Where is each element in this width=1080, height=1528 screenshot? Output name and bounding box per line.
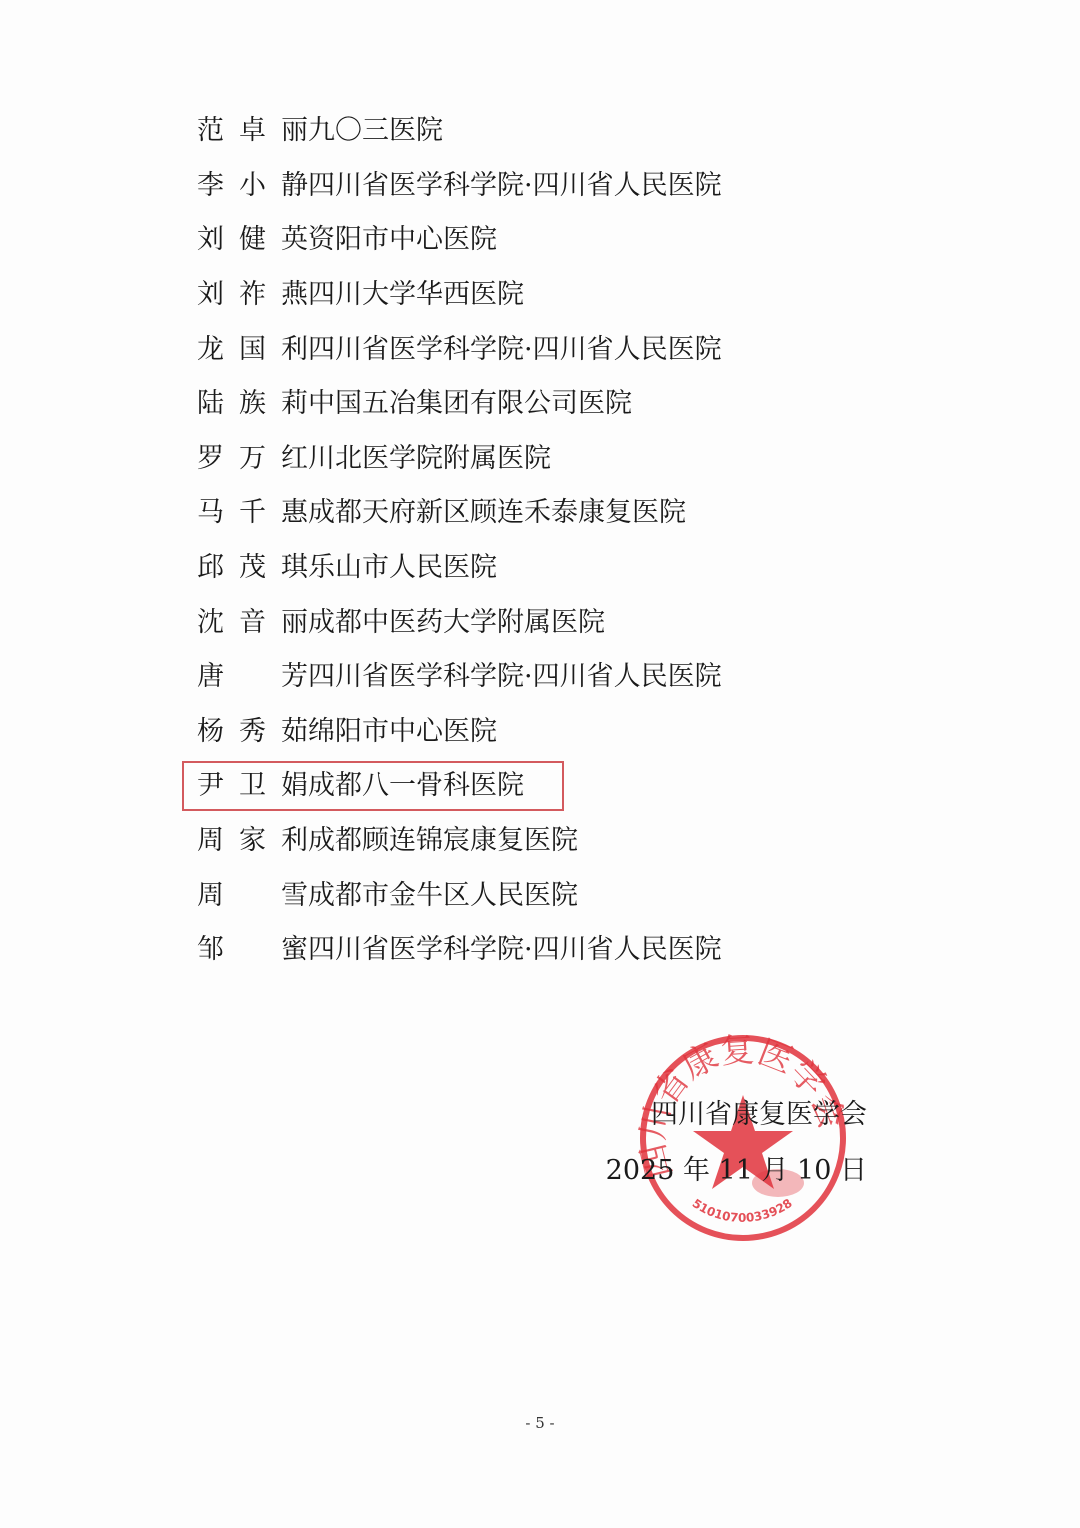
issue-date: 2025 年 11 月 10 日 (560, 1148, 900, 1187)
document-page: 范卓丽 九〇三医院 李小静 四川省医学科学院·四川省人民医院 刘健英 资阳市中心… (0, 0, 1080, 1528)
member-organization: 九〇三医院 (308, 104, 443, 158)
list-item: 李小静 四川省医学科学院·四川省人民医院 (197, 159, 897, 214)
list-item: 周雪 成都市金牛区人民医院 (197, 868, 897, 923)
list-item: 陆族莉 中国五冶集团有限公司医院 (197, 377, 897, 432)
member-organization: 资阳市中心医院 (308, 213, 497, 267)
issuing-organization: 四川省康复医学会 (560, 1092, 900, 1131)
list-item: 邱茂琪 乐山市人民医院 (197, 541, 897, 596)
member-name: 刘祚燕 (197, 268, 308, 322)
list-item: 唐芳 四川省医学科学院·四川省人民医院 (197, 650, 897, 705)
member-name: 陆族莉 (197, 377, 308, 431)
member-name: 李小静 (197, 159, 308, 213)
signature-block: 四川省康复医学会 2025 年 11 月 10 日 (560, 1030, 900, 1250)
list-item: 刘祚燕 四川大学华西医院 (197, 268, 897, 323)
member-organization: 四川省医学科学院·四川省人民医院 (308, 159, 722, 213)
member-name: 唐芳 (197, 650, 308, 704)
member-name: 马千惠 (197, 486, 308, 540)
member-organization: 四川大学华西医院 (308, 268, 524, 322)
member-name: 范卓丽 (197, 104, 308, 158)
member-organization: 中国五冶集团有限公司医院 (308, 377, 632, 431)
member-organization: 成都市金牛区人民医院 (308, 869, 578, 923)
list-item: 刘健英 资阳市中心医院 (197, 213, 897, 268)
member-organization: 乐山市人民医院 (308, 541, 497, 595)
list-item: 马千惠 成都天府新区顾连禾泰康复医院 (197, 486, 897, 541)
member-name: 周家利 (197, 814, 308, 868)
list-item: 邹蜜 四川省医学科学院·四川省人民医院 (197, 923, 897, 978)
list-item: 沈音丽 成都中医药大学附属医院 (197, 595, 897, 650)
highlight-box (182, 761, 564, 811)
list-item: 罗万红 川北医学院附属医院 (197, 432, 897, 487)
member-organization: 四川省医学科学院·四川省人民医院 (308, 650, 722, 704)
member-organization: 成都顾连锦宸康复医院 (308, 814, 578, 868)
member-organization: 绵阳市中心医院 (308, 705, 497, 759)
list-item: 杨秀茹 绵阳市中心医院 (197, 705, 897, 760)
member-organization: 成都天府新区顾连禾泰康复医院 (308, 486, 686, 540)
member-name: 邹蜜 (197, 923, 308, 977)
page-number: - 5 - (0, 1414, 1080, 1432)
list-item: 周家利 成都顾连锦宸康复医院 (197, 814, 897, 869)
member-name: 沈音丽 (197, 596, 308, 650)
member-organization: 成都中医药大学附属医院 (308, 596, 605, 650)
member-organization: 川北医学院附属医院 (308, 432, 551, 486)
member-name: 龙国利 (197, 323, 308, 377)
member-name: 周雪 (197, 869, 308, 923)
member-name: 罗万红 (197, 432, 308, 486)
member-name: 邱茂琪 (197, 541, 308, 595)
member-organization: 四川省医学科学院·四川省人民医院 (308, 923, 722, 977)
list-item: 范卓丽 九〇三医院 (197, 104, 897, 159)
member-name: 刘健英 (197, 213, 308, 267)
member-name: 杨秀茹 (197, 705, 308, 759)
member-list: 范卓丽 九〇三医院 李小静 四川省医学科学院·四川省人民医院 刘健英 资阳市中心… (197, 104, 897, 978)
member-organization: 四川省医学科学院·四川省人民医院 (308, 323, 722, 377)
list-item: 龙国利 四川省医学科学院·四川省人民医院 (197, 322, 897, 377)
